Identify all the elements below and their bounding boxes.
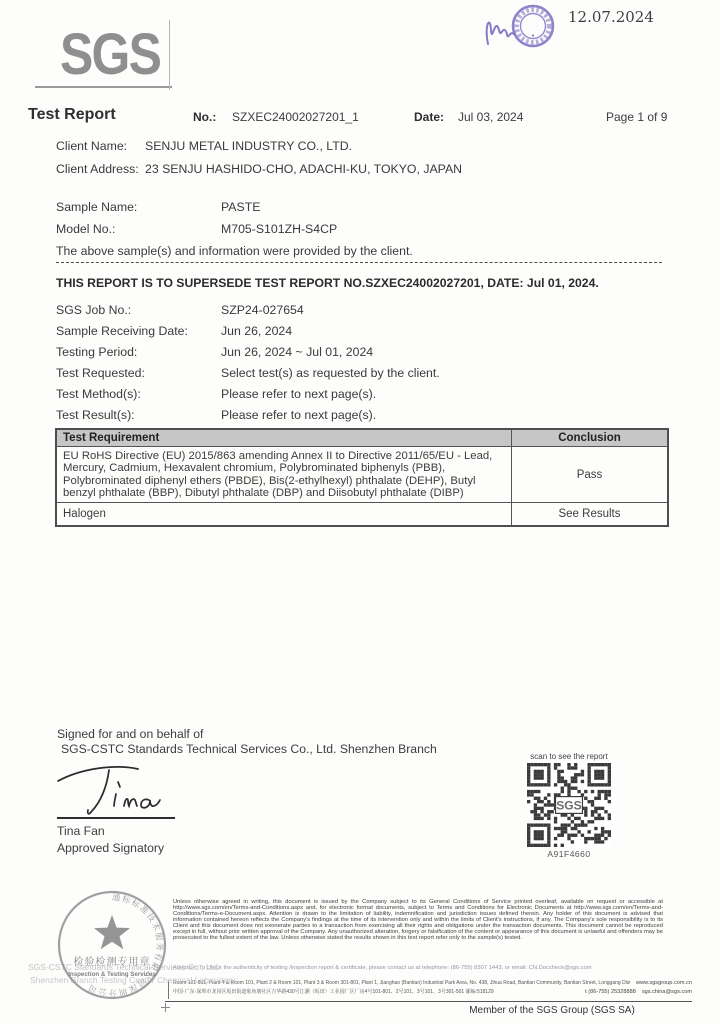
test-results-label: Test Result(s): xyxy=(56,408,135,422)
page-indicator: Page 1 of 9 xyxy=(606,110,667,124)
testing-period-value: Jun 26, 2024 ~ Jul 01, 2024 xyxy=(221,345,373,359)
address-cn: 中国·广东·深圳市龙岗区坂田街道象角塘社区吉华路430号江灏（坂田）工业园厂区厂… xyxy=(173,988,579,995)
header-test-requirement: Test Requirement xyxy=(57,430,512,446)
sample-note: The above sample(s) and information were… xyxy=(56,244,413,258)
signed-for-line2: SGS-CSTC Standards Technical Services Co… xyxy=(61,742,437,756)
sample-receiving-date-value: Jun 26, 2024 xyxy=(221,324,292,338)
signer-name: Tina Fan xyxy=(57,824,105,838)
report-no-value: SZXEC24002027201_1 xyxy=(232,110,359,124)
received-date-stamp: 12.07.2024 xyxy=(568,8,654,26)
table-row: EU RoHS Directive (EU) 2015/863 amending… xyxy=(57,447,667,503)
test-methods-value: Please refer to next page(s). xyxy=(221,387,376,401)
logo-vertical-line xyxy=(169,20,170,90)
email: sgs.china@sgs.com xyxy=(642,989,692,995)
report-date-value: Jul 03, 2024 xyxy=(458,110,523,124)
client-name-value: SENJU METAL INDUSTRY CO., LTD. xyxy=(145,139,352,153)
address-row-cn: 中国·广东·深圳市龙岗区坂田街道象角塘社区吉华路430号江灏（坂田）工业园厂区厂… xyxy=(173,988,692,995)
test-results-value: Please refer to next page(s). xyxy=(221,408,376,422)
testing-period-label: Testing Period: xyxy=(56,345,137,359)
inspection-stamp-icon: 通标标准技术服务有限公司深圳分公司 检验检测专用章 Inspection & T… xyxy=(52,887,172,1005)
client-address-label: Client Address: xyxy=(56,162,139,176)
footer-rule xyxy=(165,1001,692,1002)
test-requested-label: Test Requested: xyxy=(56,366,145,380)
test-methods-label: Test Method(s): xyxy=(56,387,141,401)
sample-name-label: Sample Name: xyxy=(56,200,137,214)
signature-line xyxy=(57,817,175,819)
sample-receiving-date-label: Sample Receiving Date: xyxy=(56,324,188,338)
handwritten-signature-icon xyxy=(52,758,187,816)
signer-title: Approved Signatory xyxy=(57,841,164,855)
member-line: Member of the SGS Group (SGS SA) xyxy=(412,1005,692,1016)
stamp-star-icon xyxy=(94,915,130,949)
results-table: Test Requirement Conclusion EU RoHS Dire… xyxy=(55,428,669,527)
stamp-signature-scribble-icon xyxy=(487,23,514,44)
table-row: Halogen See Results xyxy=(57,503,667,525)
sgs-job-no-label: SGS Job No.: xyxy=(56,303,131,317)
sample-name-value: PASTE xyxy=(221,200,260,214)
stamp-line2: Inspection & Testing Services xyxy=(68,971,156,978)
header-conclusion: Conclusion xyxy=(512,430,667,446)
qr-caption: scan to see the report xyxy=(521,752,617,761)
conclusion-halogen: See Results xyxy=(512,503,667,525)
client-address-value: 23 SENJU HASHIDO-CHO, ADACHI-KU, TOKYO, … xyxy=(145,162,462,176)
results-table-header-row: Test Requirement Conclusion xyxy=(57,430,667,447)
test-requested-value: Select test(s) as requested by the clien… xyxy=(221,366,440,380)
qr-code: SGS xyxy=(527,763,611,847)
signed-for-line1: Signed for and on behalf of xyxy=(57,727,203,741)
stamp-line1: 检验检测专用章 xyxy=(74,955,151,968)
requirement-halogen: Halogen xyxy=(57,503,512,525)
client-name-label: Client Name: xyxy=(56,139,127,153)
qr-id: A91F4660 xyxy=(521,849,617,859)
model-no-label: Model No.: xyxy=(56,222,115,236)
report-title: Test Report xyxy=(28,106,116,124)
svg-text:通标标准技术服务有限公司深圳分公司: 通标标准技术服务有限公司深圳分公司 xyxy=(86,892,165,998)
supersede-notice: THIS REPORT IS TO SUPERSEDE TEST REPORT … xyxy=(56,276,676,290)
report-date-label: Date: xyxy=(414,110,444,124)
report-no-label: No.: xyxy=(193,110,216,124)
title-row: Test Report No.: SZXEC24002027201_1 Date… xyxy=(0,106,720,128)
phone: t (86-755) 25328888 xyxy=(585,989,636,995)
stamp-ring-text: 通标标准技术服务有限公司深圳分公司 xyxy=(86,892,165,998)
sgs-job-no-value: SZP24-027654 xyxy=(221,303,304,317)
dashed-separator xyxy=(56,262,662,263)
conclusion-rohs: Pass xyxy=(512,447,667,502)
model-no-value: M705-S101ZH-S4CP xyxy=(221,222,337,236)
test-report-page: SGS 12.07.2024 Test Report No.: SZXEC240… xyxy=(0,0,720,1024)
footer-address-block: Room 101-801, Plant 4 & Room 101, Plant … xyxy=(173,980,692,997)
requirement-rohs: EU RoHS Directive (EU) 2015/863 amending… xyxy=(57,447,512,502)
logo-underline xyxy=(35,86,172,88)
sgs-logo: SGS xyxy=(60,26,160,84)
address-row-en: Room 101-801, Plant 4 & Room 101, Plant … xyxy=(173,980,692,986)
svg-text:SGS: SGS xyxy=(556,799,582,813)
website: www.sgsgroup.com.cn xyxy=(636,980,692,986)
footer-disclaimer: Unless otherwise agreed in writing, this… xyxy=(173,899,663,941)
